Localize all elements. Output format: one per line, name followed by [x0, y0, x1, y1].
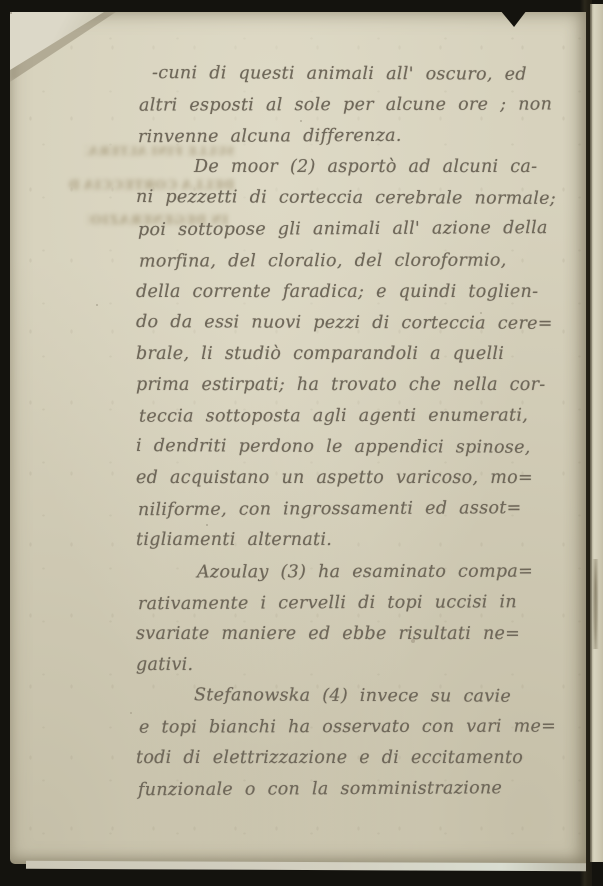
- manuscript-line: gativi.: [136, 655, 586, 686]
- manuscript-line: morfina, del cloralio, del cloroformio,: [139, 250, 589, 282]
- manuscript-line: rativamente i cervelli di topi uccisi in: [138, 591, 588, 624]
- manuscript-line: tigliamenti alternati.: [136, 530, 586, 561]
- manuscript-line: do da essi nuovi pezzi di corteccia cere…: [136, 312, 586, 345]
- manuscript-line: todi di elettrizzazione e di eccitamento: [136, 748, 586, 779]
- manuscript-line: della corrente faradica; e quindi toglie…: [136, 282, 586, 313]
- manuscript-line: De moor (2) asportò ad alcuni ca-: [136, 157, 586, 188]
- manuscript-line: poi sottopose gli animali all' azione de…: [138, 218, 588, 251]
- foxing-specks: [10, 12, 12, 14]
- manuscript-line: altri esposti al sole per alcune ore ; n…: [139, 95, 589, 127]
- manuscript-line: rinvenne alcuna differenza.: [138, 125, 588, 158]
- manuscript-line: prima estirpati; ha trovato che nella co…: [136, 375, 586, 406]
- manuscript-line: niliforme, con ingrossamenti ed assot=: [138, 498, 588, 531]
- manuscript-line: Stefanowska (4) invece su cavie: [136, 685, 586, 718]
- manuscript-line: -cuni di questi animali all' oscuro, ed: [136, 63, 586, 96]
- page-stack-edge: [26, 861, 586, 871]
- manuscript-page: SULLE FINI ALTERAZIONIDELLA CORTECCIA DE…: [10, 12, 586, 864]
- manuscript-line: Azoulay (3) ha esaminato compa=: [139, 561, 589, 593]
- manuscript-line: svariate maniere ed ebbe risultati ne=: [136, 624, 586, 655]
- manuscript-line: ni pezzetti di corteccia cerebrale norma…: [136, 187, 586, 220]
- handwritten-text: -cuni di questi animali all' oscuro, eda…: [136, 64, 586, 810]
- scan-backdrop: SULLE FINI ALTERAZIONIDELLA CORTECCIA DE…: [0, 0, 603, 886]
- manuscript-line: ed acquistano un aspetto varicoso, mo=: [136, 468, 586, 499]
- manuscript-line: funzionale o con la somministrazione: [138, 778, 588, 811]
- manuscript-line: e topi bianchi ha osservato con vari me=: [139, 716, 589, 748]
- manuscript-line: teccia sottoposta agli agenti enumerati,: [139, 405, 589, 437]
- manuscript-line: i dendriti perdono le appendici spinose,: [136, 436, 586, 469]
- manuscript-line: brale, li studiò comparandoli a quelli: [136, 344, 586, 375]
